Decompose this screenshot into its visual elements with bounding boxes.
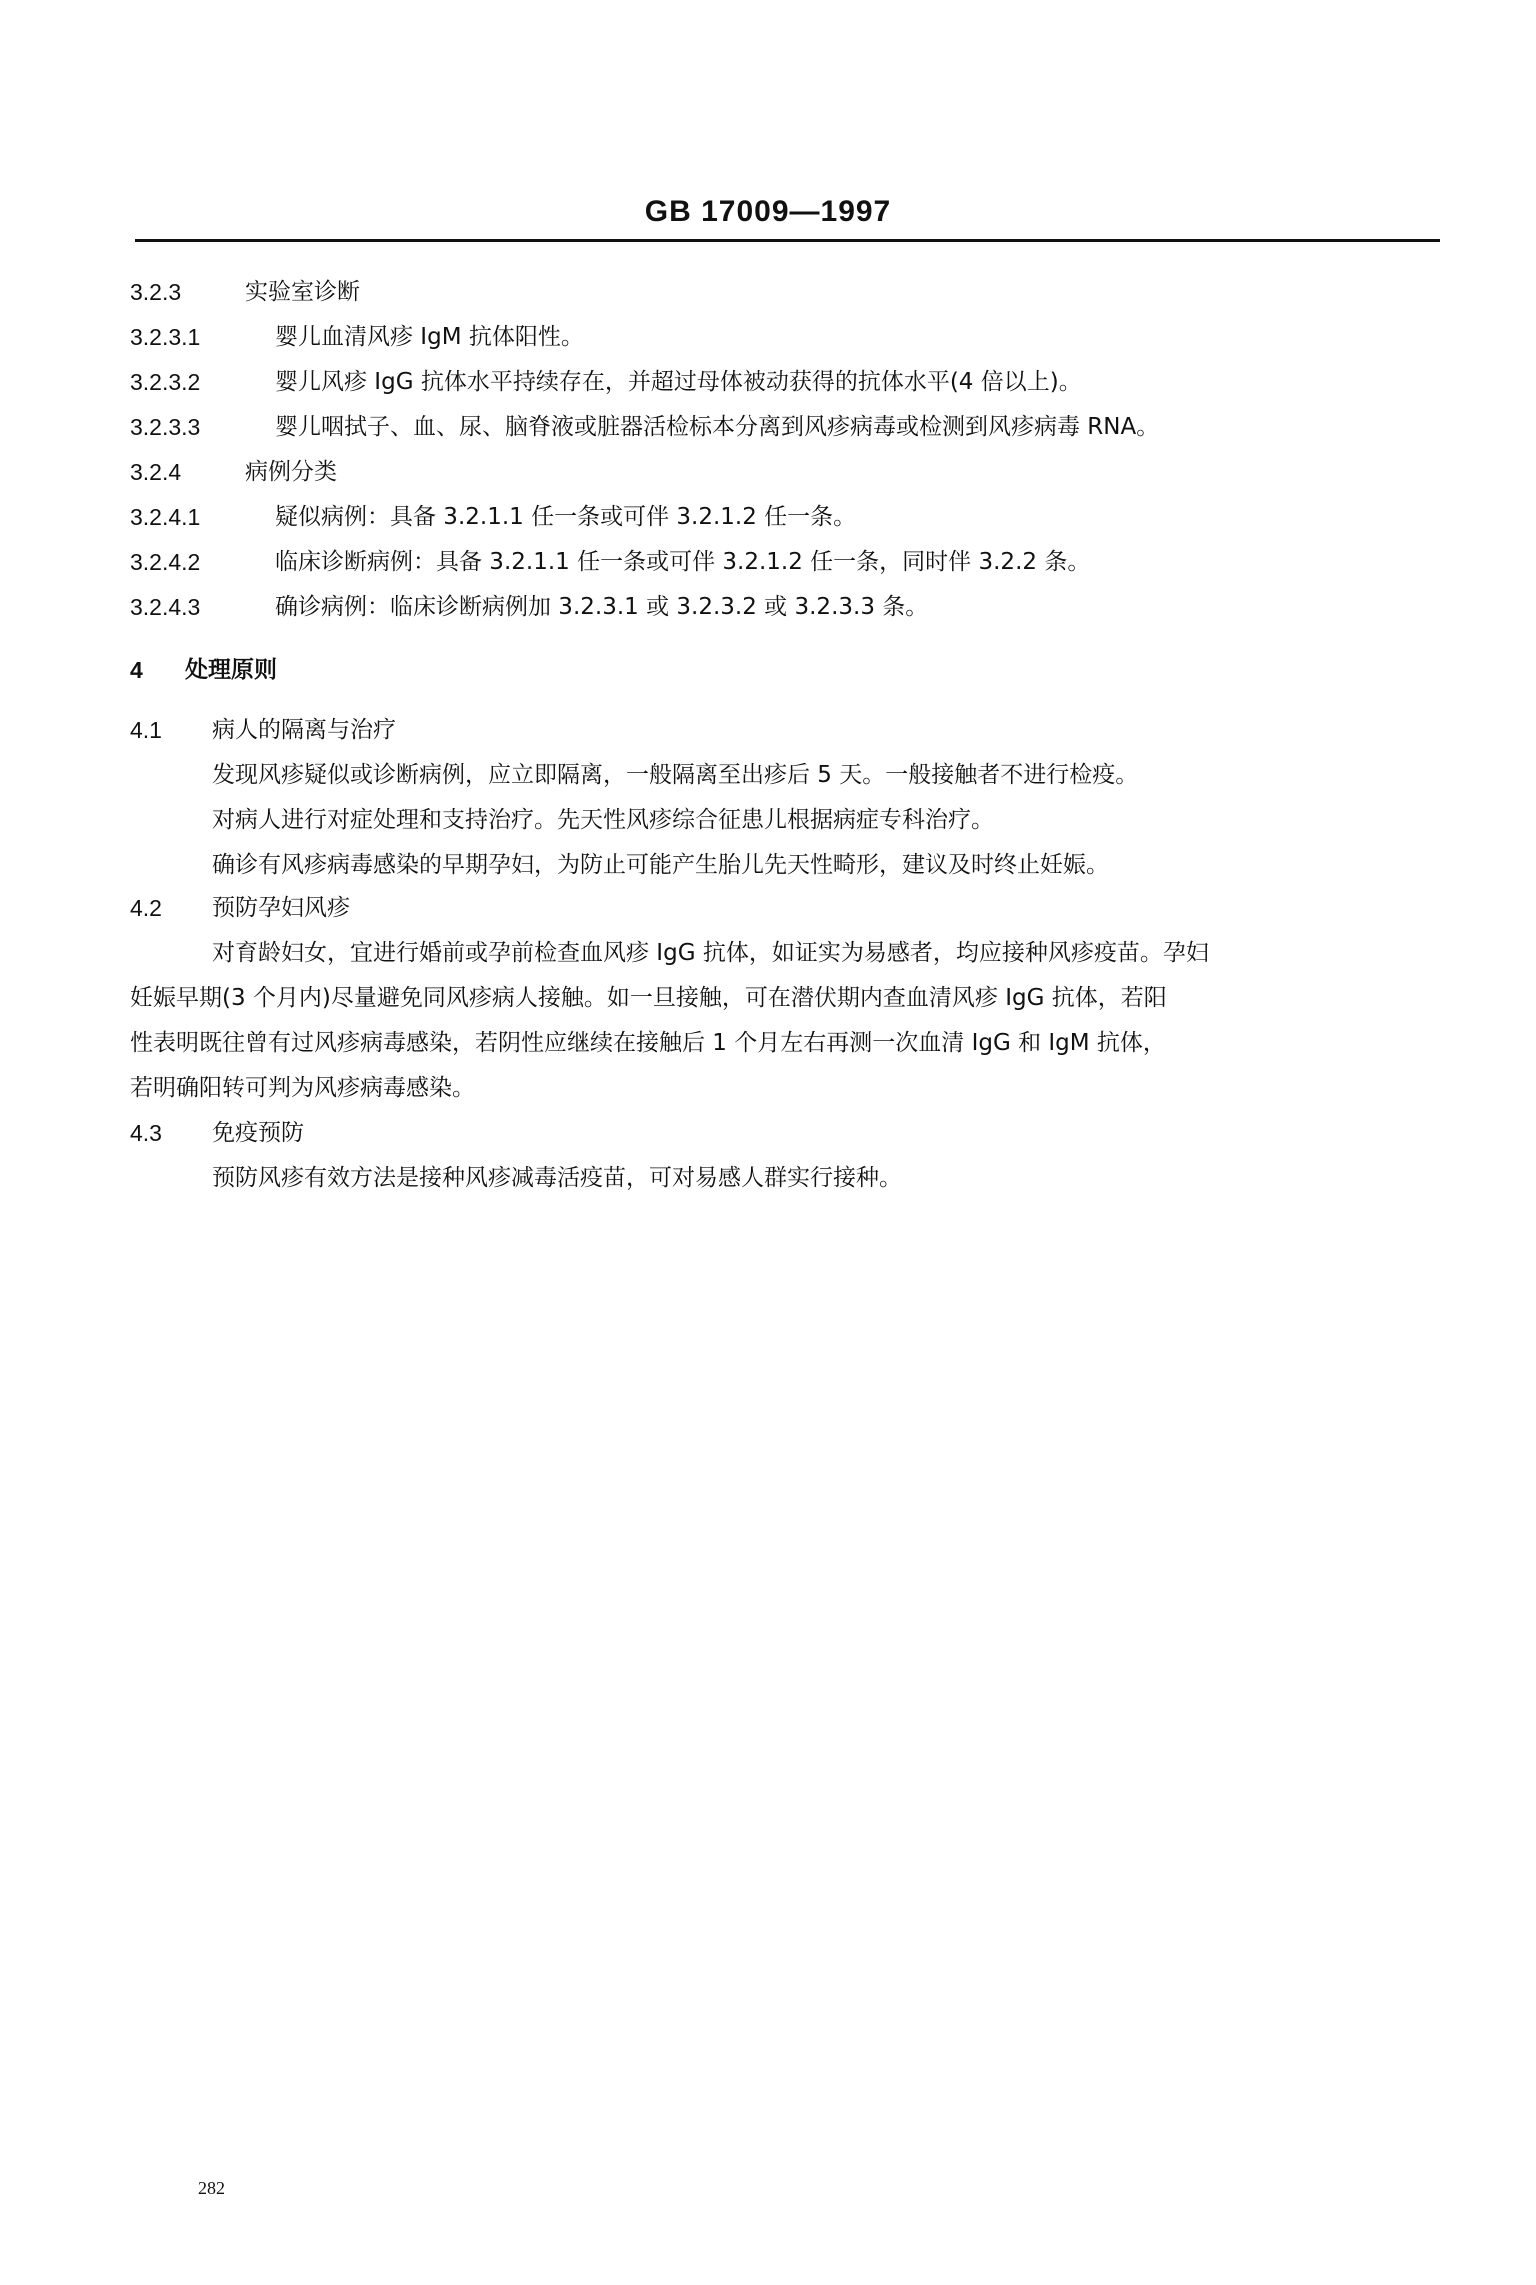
section-3-2-3-1-text: 婴儿血清风疹 IgM 抗体阳性。 <box>275 322 584 352</box>
section-3-2-4-3-text: 确诊病例：临床诊断病例加 3.2.3.1 或 3.2.3.2 或 3.2.3.3… <box>275 592 928 622</box>
section-3-2-4-text: 病例分类 <box>245 457 337 487</box>
paragraph-line: 妊娠早期(3 个月内)尽量避免同风疹病人接触。如一旦接触，可在潜伏期内查血清风疹… <box>130 983 1167 1013</box>
section-3-2-4-3-number: 3.2.4.3 <box>130 592 200 622</box>
section-3-2-4-1-text: 疑似病例：具备 3.2.1.1 任一条或可伴 3.2.1.2 任一条。 <box>275 502 856 532</box>
paragraph-line: 若明确阳转可判为风疹病毒感染。 <box>130 1073 475 1103</box>
section-4-1-number: 4.1 <box>130 715 162 745</box>
section-3-2-4-1-number: 3.2.4.1 <box>130 502 200 532</box>
paragraph-line: 发现风疹疑似或诊断病例，应立即隔离，一般隔离至出疹后 5 天。一般接触者不进行检… <box>212 760 1138 790</box>
standard-number-title: GB 17009—1997 <box>0 195 1536 229</box>
page-number: 282 <box>198 2178 225 2199</box>
section-3-2-3-text: 实验室诊断 <box>245 277 360 307</box>
section-3-2-3-number: 3.2.3 <box>130 277 181 307</box>
paragraph-line: 确诊有风疹病毒感染的早期孕妇，为防止可能产生胎儿先天性畸形，建议及时终止妊娠。 <box>212 850 1109 880</box>
section-3-2-3-3-text: 婴儿咽拭子、血、尿、脑脊液或脏器活检标本分离到风疹病毒或检测到风疹病毒 RNA。 <box>275 412 1159 442</box>
paragraph-line: 对病人进行对症处理和支持治疗。先天性风疹综合征患儿根据病症专科治疗。 <box>212 805 994 835</box>
header-divider <box>135 239 1440 242</box>
section-4-3-text: 免疫预防 <box>212 1118 304 1148</box>
section-4-3-number: 4.3 <box>130 1118 162 1148</box>
section-4-text: 处理原则 <box>185 655 277 685</box>
section-4-number: 4 <box>130 655 143 685</box>
section-3-2-3-3-number: 3.2.3.3 <box>130 412 200 442</box>
section-4-1-text: 病人的隔离与治疗 <box>212 715 396 745</box>
section-3-2-4-2-number: 3.2.4.2 <box>130 547 200 577</box>
section-3-2-4-2-text: 临床诊断病例：具备 3.2.1.1 任一条或可伴 3.2.1.2 任一条，同时伴… <box>275 547 1090 577</box>
section-4-2-text: 预防孕妇风疹 <box>212 893 350 923</box>
section-3-2-3-2-text: 婴儿风疹 IgG 抗体水平持续存在，并超过母体被动获得的抗体水平(4 倍以上)。 <box>275 367 1082 397</box>
paragraph-line: 性表明既往曾有过风疹病毒感染，若阴性应继续在接触后 1 个月左右再测一次血清 I… <box>130 1028 1166 1058</box>
section-4-2-number: 4.2 <box>130 893 162 923</box>
section-3-2-3-1-number: 3.2.3.1 <box>130 322 200 352</box>
section-3-2-4-number: 3.2.4 <box>130 457 181 487</box>
paragraph-line: 对育龄妇女，宜进行婚前或孕前检查血风疹 IgG 抗体，如证实为易感者，均应接种风… <box>212 938 1209 968</box>
section-3-2-3-2-number: 3.2.3.2 <box>130 367 200 397</box>
paragraph-line: 预防风疹有效方法是接种风疹减毒活疫苗，可对易感人群实行接种。 <box>212 1163 902 1193</box>
